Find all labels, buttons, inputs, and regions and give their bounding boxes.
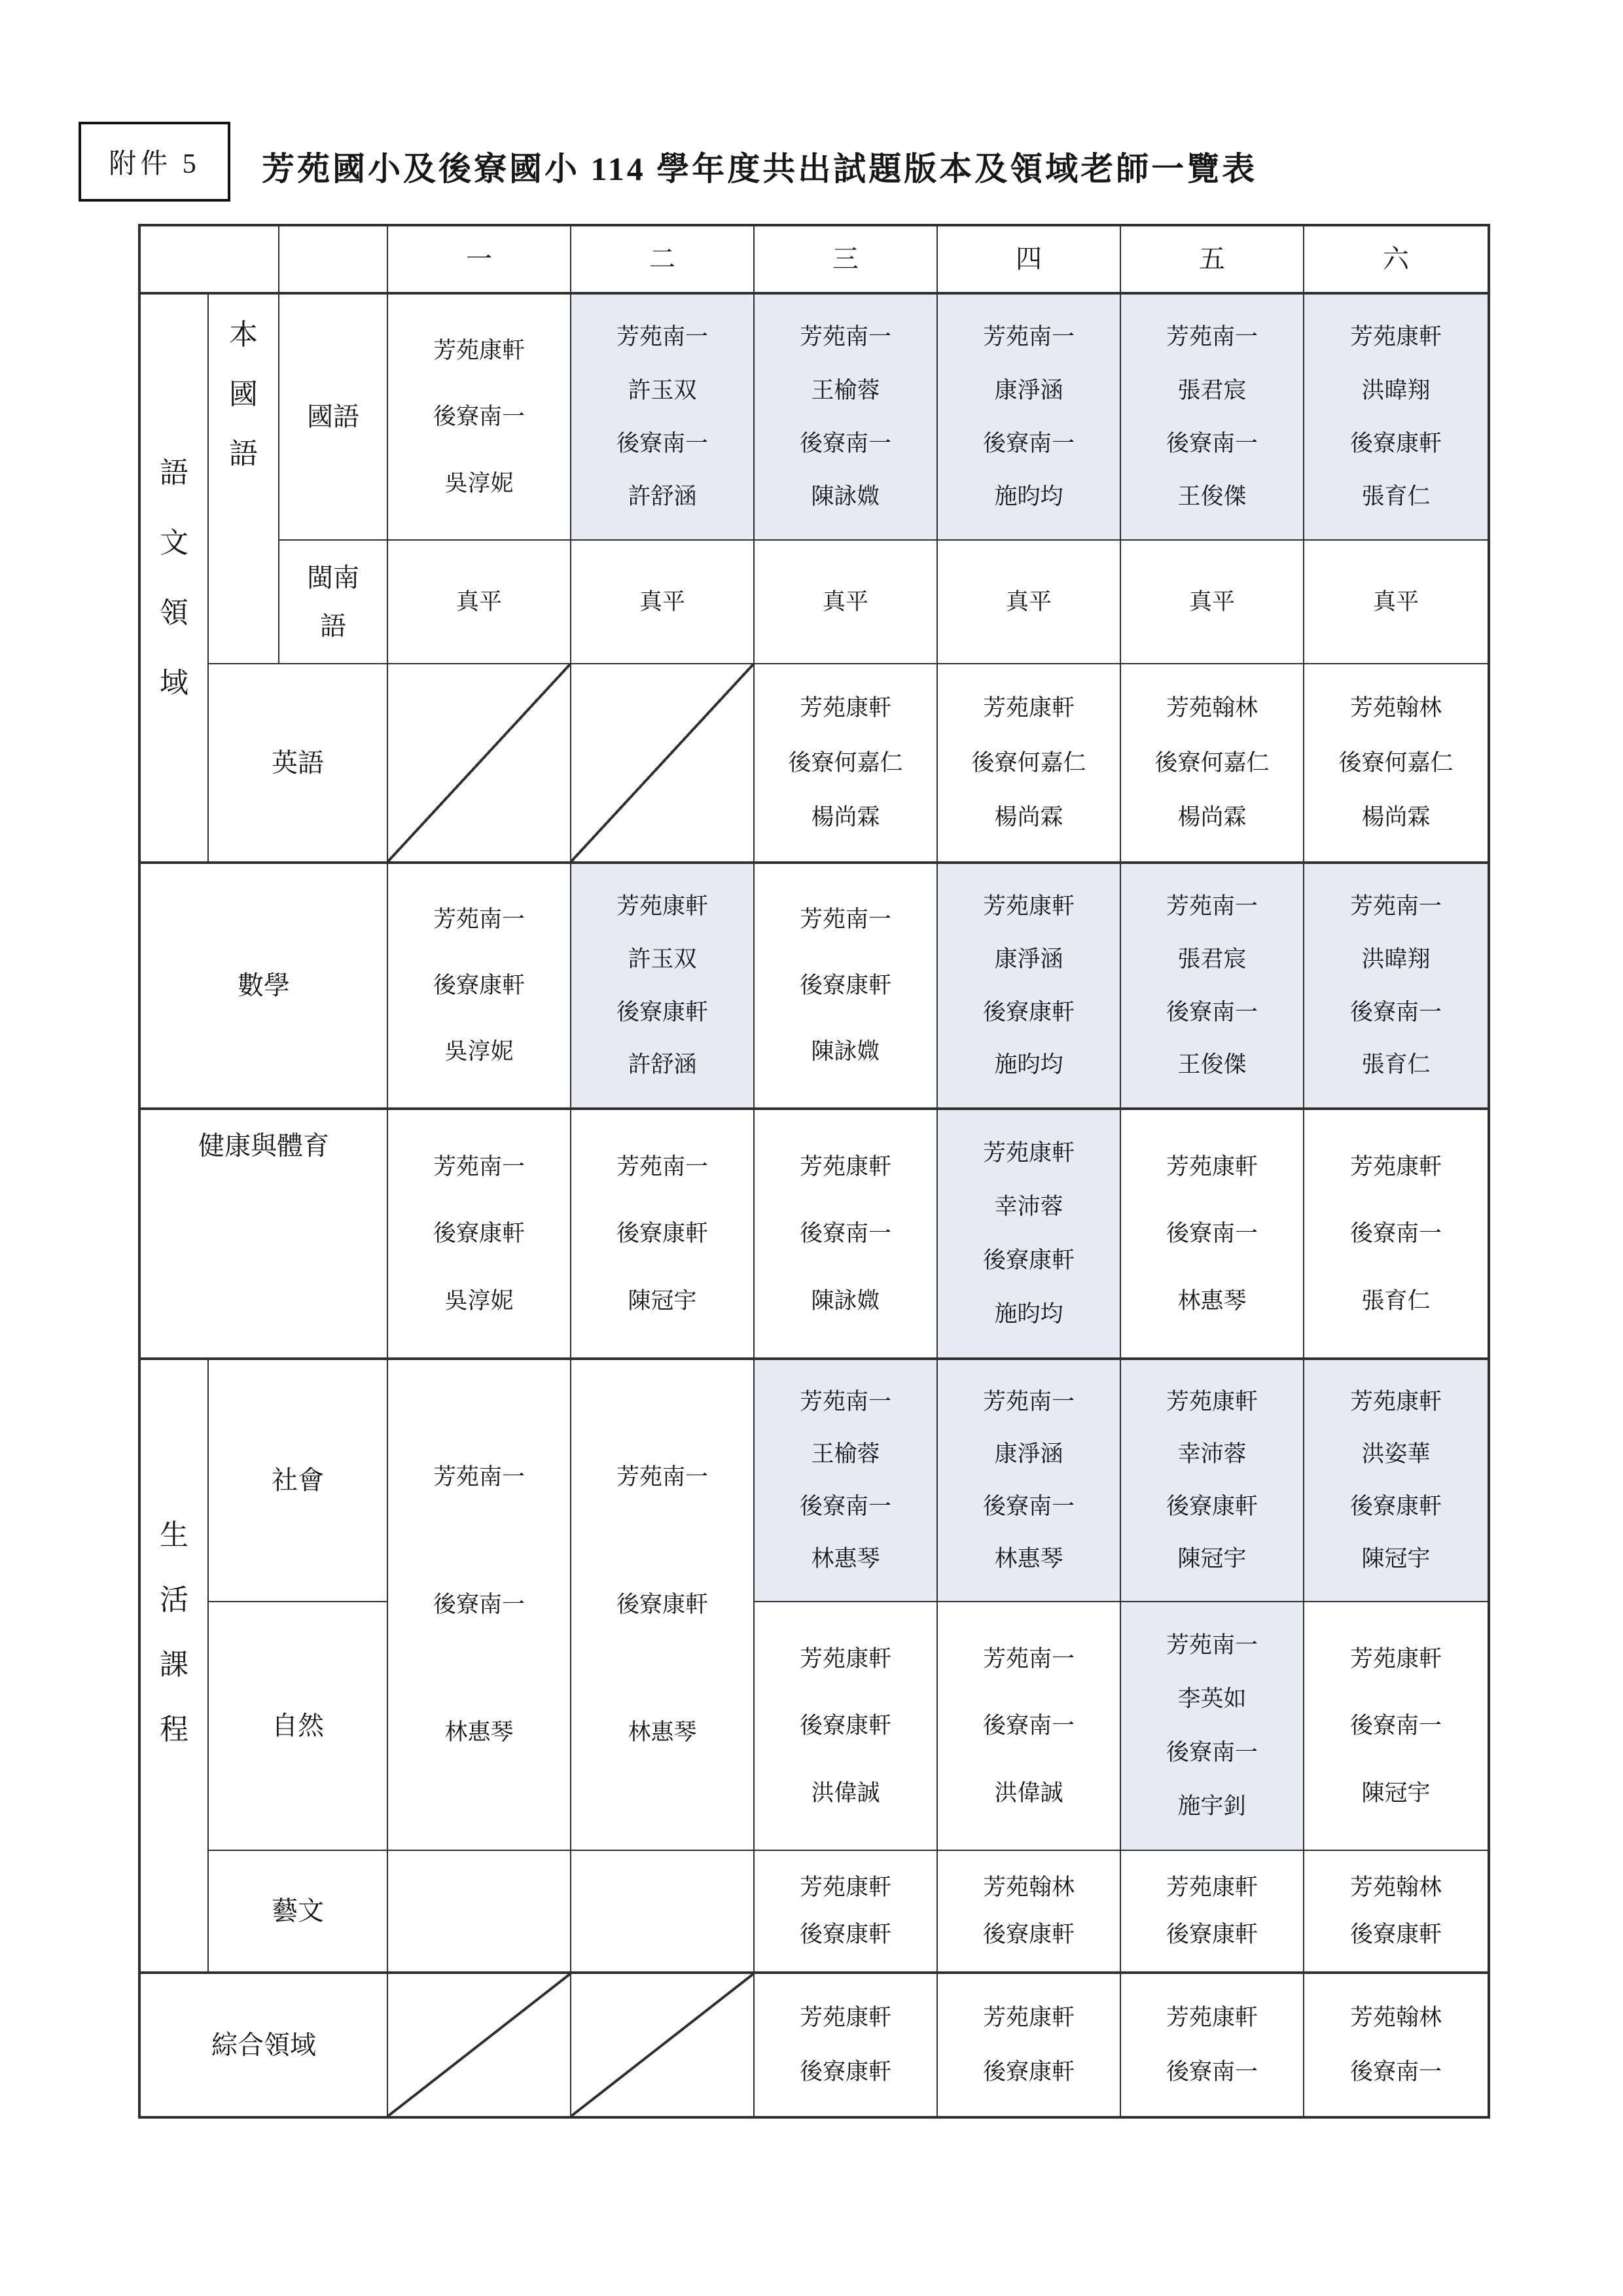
cell-line: 芳苑康軒 xyxy=(1307,1645,1485,1674)
cell-line: 芳苑康軒 xyxy=(1124,1388,1300,1416)
grade-header-3: 三 xyxy=(755,226,938,295)
cell-line: 林惠琴 xyxy=(757,1545,934,1573)
cell-line: 吳淳妮 xyxy=(391,1037,567,1066)
cell-math-g4: 芳苑康軒康淨涵後寮康軒施昀均 xyxy=(938,864,1121,1110)
cell-health-g6: 芳苑康軒後寮南一張育仁 xyxy=(1304,1110,1488,1360)
cell-line: 陳詠媺 xyxy=(757,1287,934,1316)
cell-arts-g4: 芳苑翰林後寮康軒 xyxy=(938,1851,1121,1974)
cell-line: 後寮南一 xyxy=(574,429,751,458)
cell-line: 後寮康軒 xyxy=(391,971,567,1000)
cell-line: 芳苑康軒 xyxy=(1124,1873,1300,1902)
cell-line: 芳苑南一 xyxy=(1124,892,1300,921)
cell-english-g1-empty xyxy=(388,664,571,864)
cell-social-g5: 芳苑康軒幸沛蓉後寮康軒陳冠宇 xyxy=(1121,1360,1304,1602)
cell-line: 後寮康軒 xyxy=(1307,429,1485,458)
cell-mandarin-g2: 芳苑南一許玉双後寮南一許舒涵 xyxy=(571,295,755,541)
cell-line: 許玉双 xyxy=(574,376,751,405)
cell-line: 芳苑南一 xyxy=(757,905,934,934)
cell-line: 楊尚霖 xyxy=(940,803,1117,832)
cell-math-g1: 芳苑南一後寮康軒吳淳妮 xyxy=(388,864,571,1110)
subgroup-label-national-language: 本國語 xyxy=(209,295,279,664)
cell-line: 生 xyxy=(143,1517,205,1553)
cell-line: 洪姿華 xyxy=(1307,1440,1485,1469)
cell-integrated-g2-empty xyxy=(571,1974,755,2116)
cell-line: 王俊傑 xyxy=(1124,482,1300,511)
row-label-minnan: 閩南語 xyxy=(279,541,388,664)
cell-line: 後寮何嘉仁 xyxy=(757,749,934,778)
cell-line: 後寮康軒 xyxy=(940,998,1117,1027)
grade-header-1: 一 xyxy=(388,226,571,295)
cell-english-g4: 芳苑康軒後寮何嘉仁楊尚霖 xyxy=(938,664,1121,864)
cell-english-g6: 芳苑翰林後寮何嘉仁楊尚霖 xyxy=(1304,664,1488,864)
cell-minnan-g2: 真平 xyxy=(571,541,755,664)
cell-integrated-g6: 芳苑翰林後寮南一 xyxy=(1304,1974,1488,2116)
cell-line: 陳詠媺 xyxy=(757,1037,934,1066)
cell-line: 李英如 xyxy=(1124,1685,1300,1713)
cell-line: 真平 xyxy=(574,588,751,617)
cell-line: 後寮南一 xyxy=(1307,2058,1485,2087)
row-label-math: 數學 xyxy=(141,864,388,1110)
cell-line: 洪偉誠 xyxy=(757,1779,934,1808)
cell-line: 吳淳妮 xyxy=(391,1287,567,1316)
cell-line: 程 xyxy=(143,1712,205,1748)
cell-line: 後寮康軒 xyxy=(574,1219,751,1248)
cell-line: 洪暐翔 xyxy=(1307,945,1485,974)
cell-english-g3: 芳苑康軒後寮何嘉仁楊尚霖 xyxy=(755,664,938,864)
cell-line: 許舒涵 xyxy=(574,1050,751,1079)
cell-health-g1: 芳苑南一後寮康軒吳淳妮 xyxy=(388,1110,571,1360)
cell-health-g4: 芳苑康軒幸沛蓉後寮康軒施昀均 xyxy=(938,1110,1121,1360)
cell-life-g2: 芳苑南一後寮康軒林惠琴 xyxy=(571,1360,755,1851)
cell-line: 芳苑南一 xyxy=(574,323,751,351)
cell-line: 芳苑南一 xyxy=(1124,323,1300,351)
header-empty-subject xyxy=(279,226,388,295)
cell-line: 芳苑南一 xyxy=(940,323,1117,351)
header-empty-left xyxy=(141,226,279,295)
cell-line: 施昀均 xyxy=(940,1050,1117,1079)
cell-line: 後寮南一 xyxy=(1124,2058,1300,2087)
cell-line: 芳苑康軒 xyxy=(757,1153,934,1181)
cell-arts-g5: 芳苑康軒後寮康軒 xyxy=(1121,1851,1304,1974)
cell-arts-g6: 芳苑翰林後寮康軒 xyxy=(1304,1851,1488,1974)
cell-line: 楊尚霖 xyxy=(757,803,934,832)
cell-line: 真平 xyxy=(940,588,1117,617)
cell-math-g5: 芳苑南一張君宸後寮南一王俊傑 xyxy=(1121,864,1304,1110)
cell-line: 後寮南一 xyxy=(940,1712,1117,1740)
cell-line: 張育仁 xyxy=(1307,482,1485,511)
cell-line: 芳苑康軒 xyxy=(757,694,934,723)
cell-line: 後寮南一 xyxy=(940,429,1117,458)
cell-line: 閩南 xyxy=(282,562,384,594)
cell-line: 芳苑康軒 xyxy=(757,2003,934,2032)
cell-line: 許舒涵 xyxy=(574,482,751,511)
schedule-table: 一 二 三 四 五 六 語文領域 本國語 國語 芳苑康軒後寮南一吳淳妮 芳苑南一… xyxy=(138,224,1490,2119)
cell-line: 芳苑南一 xyxy=(1307,892,1485,921)
cell-line: 陳冠宇 xyxy=(574,1287,751,1316)
cell-line: 後寮康軒 xyxy=(940,1246,1117,1275)
cell-mandarin-g3: 芳苑南一王榆蓉後寮南一陳詠媺 xyxy=(755,295,938,541)
grade-header-5: 五 xyxy=(1121,226,1304,295)
cell-line: 陳冠宇 xyxy=(1307,1779,1485,1808)
cell-line: 後寮南一 xyxy=(1124,1738,1300,1767)
cell-line: 後寮南一 xyxy=(757,1219,934,1248)
cell-minnan-g6: 真平 xyxy=(1304,541,1488,664)
cell-line: 芳苑南一 xyxy=(574,1463,751,1492)
cell-line: 芳苑南一 xyxy=(757,323,934,351)
cell-line: 後寮何嘉仁 xyxy=(940,749,1117,778)
cell-line: 芳苑翰林 xyxy=(1307,694,1485,723)
cell-line: 芳苑康軒 xyxy=(1124,2003,1300,2032)
cell-line: 吳淳妮 xyxy=(391,469,567,498)
cell-line: 後寮南一 xyxy=(757,429,934,458)
cell-mandarin-g4: 芳苑南一康淨涵後寮南一施昀均 xyxy=(938,295,1121,541)
cell-social-g4: 芳苑南一康淨涵後寮南一林惠琴 xyxy=(938,1360,1121,1602)
group-label-life-curriculum: 生活課程 xyxy=(141,1360,209,1974)
cell-line: 芳苑康軒 xyxy=(1307,1388,1485,1416)
grade-header-2: 二 xyxy=(571,226,755,295)
cell-integrated-g5: 芳苑康軒後寮南一 xyxy=(1121,1974,1304,2116)
cell-line: 後寮康軒 xyxy=(574,998,751,1027)
cell-line: 後寮何嘉仁 xyxy=(1307,749,1485,778)
cell-line: 洪暐翔 xyxy=(1307,376,1485,405)
cell-line: 洪偉誠 xyxy=(940,1779,1117,1808)
cell-mandarin-g1: 芳苑康軒後寮南一吳淳妮 xyxy=(388,295,571,541)
cell-line: 活 xyxy=(143,1582,205,1618)
cell-line: 芳苑南一 xyxy=(574,1153,751,1181)
cell-line: 後寮康軒 xyxy=(1307,1492,1485,1521)
cell-line: 文 xyxy=(143,525,205,561)
cell-line: 施昀均 xyxy=(940,1300,1117,1329)
page-title: 芳苑國小及後寮國小 114 學年度共出試題版本及領域老師一覽表 xyxy=(262,143,1257,190)
row-label-integrated: 綜合領域 xyxy=(141,1974,388,2116)
cell-integrated-g4: 芳苑康軒後寮康軒 xyxy=(938,1974,1121,2116)
cell-line: 芳苑康軒 xyxy=(757,1645,934,1674)
cell-life-g1: 芳苑南一後寮南一林惠琴 xyxy=(388,1360,571,1851)
cell-line: 後寮何嘉仁 xyxy=(1124,749,1300,778)
cell-line: 芳苑南一 xyxy=(391,1463,567,1492)
cell-line: 許玉双 xyxy=(574,945,751,974)
cell-line: 後寮南一 xyxy=(1124,429,1300,458)
row-label-arts: 藝文 xyxy=(209,1851,388,1974)
cell-line: 後寮南一 xyxy=(1307,998,1485,1027)
cell-health-g5: 芳苑康軒後寮南一林惠琴 xyxy=(1121,1110,1304,1360)
row-label-english: 英語 xyxy=(209,664,388,864)
cell-english-g5: 芳苑翰林後寮何嘉仁楊尚霖 xyxy=(1121,664,1304,864)
cell-line: 施昀均 xyxy=(940,482,1117,511)
cell-line: 王榆蓉 xyxy=(757,1440,934,1469)
cell-line: 語 xyxy=(282,610,384,643)
cell-line: 後寮康軒 xyxy=(391,1219,567,1248)
cell-line: 芳苑康軒 xyxy=(391,336,567,365)
cell-line: 後寮康軒 xyxy=(1307,1920,1485,1949)
cell-line: 後寮康軒 xyxy=(940,2058,1117,2087)
cell-line: 後寮南一 xyxy=(391,403,567,431)
group-label-language-domain: 語文領域 xyxy=(141,295,209,864)
cell-english-g2-empty xyxy=(571,664,755,864)
cell-minnan-g1: 真平 xyxy=(388,541,571,664)
cell-integrated-g1-empty xyxy=(388,1974,571,2116)
cell-arts-g1-empty xyxy=(388,1851,571,1974)
cell-line: 芳苑南一 xyxy=(1124,1631,1300,1660)
cell-line: 課 xyxy=(143,1647,205,1683)
cell-line: 後寮康軒 xyxy=(1124,1492,1300,1521)
cell-line: 林惠琴 xyxy=(940,1545,1117,1573)
cell-science-g4: 芳苑南一後寮南一洪偉誠 xyxy=(938,1602,1121,1851)
cell-line: 王俊傑 xyxy=(1124,1050,1300,1079)
cell-minnan-g4: 真平 xyxy=(938,541,1121,664)
cell-line: 芳苑翰林 xyxy=(1124,694,1300,723)
cell-line: 後寮南一 xyxy=(757,1492,934,1521)
cell-line: 真平 xyxy=(1124,588,1300,617)
cell-mandarin-g5: 芳苑南一張君宸後寮南一王俊傑 xyxy=(1121,295,1304,541)
cell-line: 後寮康軒 xyxy=(940,1920,1117,1949)
cell-line: 王榆蓉 xyxy=(757,376,934,405)
cell-line: 芳苑康軒 xyxy=(1307,323,1485,351)
cell-line: 本 xyxy=(211,317,276,353)
cell-line: 楊尚霖 xyxy=(1124,803,1300,832)
row-label-health-pe: 健康與體育 xyxy=(141,1110,388,1360)
cell-line: 後寮南一 xyxy=(1124,998,1300,1027)
cell-line: 後寮南一 xyxy=(1124,1219,1300,1248)
row-label-social: 社會 xyxy=(209,1360,388,1602)
row-label-science: 自然 xyxy=(209,1602,388,1851)
cell-line: 芳苑康軒 xyxy=(940,1139,1117,1168)
cell-line: 後寮康軒 xyxy=(757,1920,934,1949)
cell-minnan-g5: 真平 xyxy=(1121,541,1304,664)
cell-line: 張君宸 xyxy=(1124,376,1300,405)
cell-line: 芳苑康軒 xyxy=(940,892,1117,921)
cell-arts-g3: 芳苑康軒後寮康軒 xyxy=(755,1851,938,1974)
cell-line: 芳苑康軒 xyxy=(757,1873,934,1902)
cell-line: 域 xyxy=(143,665,205,701)
cell-math-g6: 芳苑南一洪暐翔後寮南一張育仁 xyxy=(1304,864,1488,1110)
cell-line: 芳苑康軒 xyxy=(940,694,1117,723)
cell-science-g5: 芳苑南一李英如後寮南一施宇釗 xyxy=(1121,1602,1304,1851)
attachment-label-box: 附件 5 xyxy=(79,122,230,202)
cell-line: 真平 xyxy=(757,588,934,617)
cell-line: 林惠琴 xyxy=(574,1718,751,1747)
cell-line: 芳苑南一 xyxy=(391,1153,567,1181)
cell-health-g3: 芳苑康軒後寮南一陳詠媺 xyxy=(755,1110,938,1360)
cell-science-g3: 芳苑康軒後寮康軒洪偉誠 xyxy=(755,1602,938,1851)
cell-integrated-g3: 芳苑康軒後寮康軒 xyxy=(755,1974,938,2116)
cell-line: 後寮南一 xyxy=(391,1590,567,1619)
cell-line: 康淨涵 xyxy=(940,945,1117,974)
cell-line: 楊尚霖 xyxy=(1307,803,1485,832)
cell-line: 芳苑南一 xyxy=(940,1388,1117,1416)
cell-line: 芳苑翰林 xyxy=(1307,1873,1485,1902)
cell-social-g6: 芳苑康軒洪姿華後寮康軒陳冠宇 xyxy=(1304,1360,1488,1602)
cell-line: 芳苑翰林 xyxy=(1307,2003,1485,2032)
cell-line: 後寮南一 xyxy=(940,1492,1117,1521)
cell-line: 芳苑南一 xyxy=(757,1388,934,1416)
cell-line: 後寮南一 xyxy=(1307,1219,1485,1248)
cell-math-g2: 芳苑康軒許玉双後寮康軒許舒涵 xyxy=(571,864,755,1110)
cell-line: 芳苑南一 xyxy=(391,905,567,934)
cell-line: 林惠琴 xyxy=(1124,1287,1300,1316)
cell-line: 後寮南一 xyxy=(1307,1712,1485,1740)
cell-social-g3: 芳苑南一王榆蓉後寮南一林惠琴 xyxy=(755,1360,938,1602)
cell-line: 林惠琴 xyxy=(391,1718,567,1747)
cell-line: 施宇釗 xyxy=(1124,1792,1300,1821)
cell-line: 後寮康軒 xyxy=(574,1590,751,1619)
row-label-mandarin: 國語 xyxy=(279,295,388,541)
cell-line: 張育仁 xyxy=(1307,1287,1485,1316)
cell-line: 芳苑南一 xyxy=(940,1645,1117,1674)
cell-line: 芳苑康軒 xyxy=(1124,1153,1300,1181)
cell-line: 國 xyxy=(211,376,276,412)
cell-health-g2: 芳苑南一後寮康軒陳冠宇 xyxy=(571,1110,755,1360)
cell-line: 張育仁 xyxy=(1307,1050,1485,1079)
cell-mandarin-g6: 芳苑康軒洪暐翔後寮康軒張育仁 xyxy=(1304,295,1488,541)
cell-line: 康淨涵 xyxy=(940,376,1117,405)
cell-line: 康淨涵 xyxy=(940,1440,1117,1469)
cell-line: 後寮康軒 xyxy=(1124,1920,1300,1949)
cell-math-g3: 芳苑南一後寮康軒陳詠媺 xyxy=(755,864,938,1110)
cell-line: 後寮康軒 xyxy=(757,2058,934,2087)
cell-line: 語 xyxy=(143,455,205,491)
cell-line: 幸沛蓉 xyxy=(940,1193,1117,1221)
grade-header-6: 六 xyxy=(1304,226,1488,295)
cell-line: 後寮康軒 xyxy=(757,971,934,1000)
cell-line: 語 xyxy=(211,436,276,472)
cell-line: 芳苑康軒 xyxy=(1307,1153,1485,1181)
cell-line: 領 xyxy=(143,595,205,631)
cell-line: 陳冠宇 xyxy=(1307,1545,1485,1573)
cell-minnan-g3: 真平 xyxy=(755,541,938,664)
cell-line: 芳苑翰林 xyxy=(940,1873,1117,1902)
cell-line: 芳苑康軒 xyxy=(940,2003,1117,2032)
cell-line: 張君宸 xyxy=(1124,945,1300,974)
attachment-label: 附件 5 xyxy=(109,142,200,181)
grade-header-4: 四 xyxy=(938,226,1121,295)
cell-line: 芳苑康軒 xyxy=(574,892,751,921)
cell-line: 幸沛蓉 xyxy=(1124,1440,1300,1469)
cell-line: 後寮康軒 xyxy=(757,1712,934,1740)
cell-arts-g2-empty xyxy=(571,1851,755,1974)
cell-line: 真平 xyxy=(391,588,567,617)
cell-line: 陳詠媺 xyxy=(757,482,934,511)
cell-line: 陳冠宇 xyxy=(1124,1545,1300,1573)
cell-science-g6: 芳苑康軒後寮南一陳冠宇 xyxy=(1304,1602,1488,1851)
cell-line: 真平 xyxy=(1307,588,1485,617)
